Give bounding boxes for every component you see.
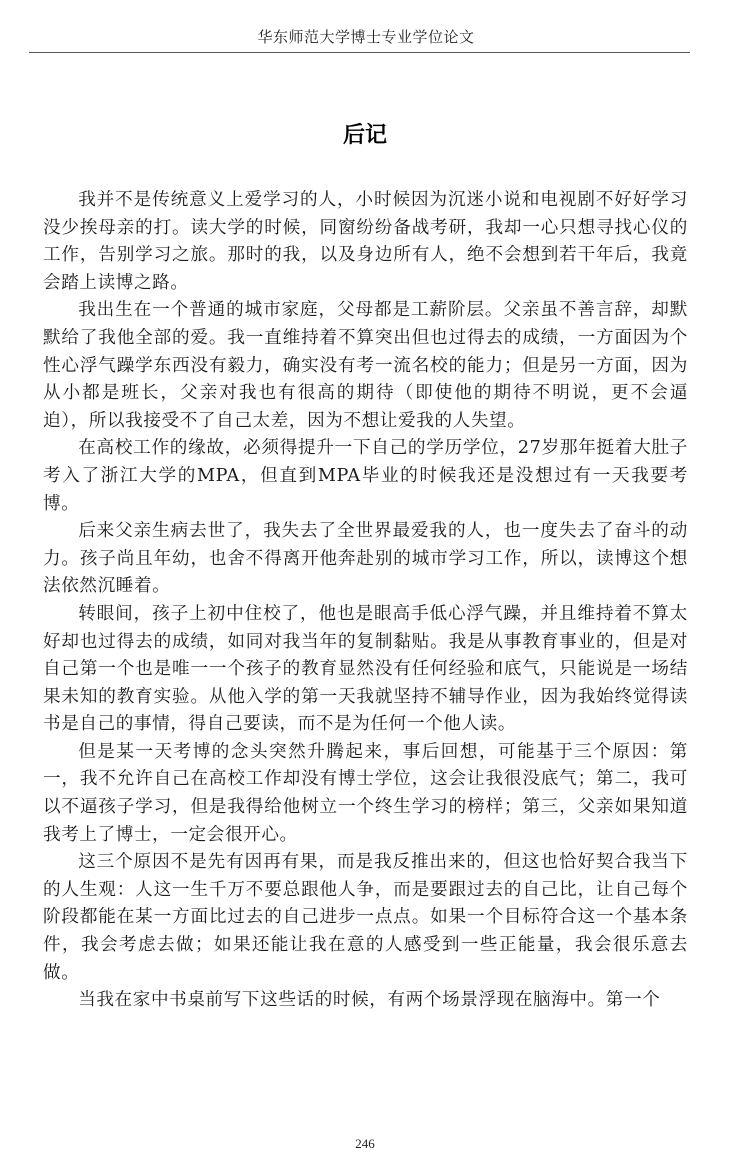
- paragraph: 我并不是传统意义上爱学习的人，小时候因为沉迷小说和电视剧不好好学习没少挨母亲的打…: [43, 187, 688, 297]
- paragraph: 但是某一天考博的念头突然升腾起来，事后回想，可能基于三个原因：第一，我不允许自己…: [43, 739, 688, 849]
- paragraph: 转眼间，孩子上初中住校了，他也是眼高手低心浮气躁，并且维持着不算太好却也过得去的…: [43, 601, 688, 739]
- running-header-title: 华东师范大学博士专业学位论文: [136, 26, 596, 47]
- header-rule: [29, 52, 690, 53]
- body-text: 我并不是传统意义上爱学习的人，小时候因为沉迷小说和电视剧不好好学习没少挨母亲的打…: [43, 187, 688, 1015]
- page-number: 246: [0, 1136, 730, 1152]
- paragraph: 当我在家中书桌前写下这些话的时候，有两个场景浮现在脑海中。第一个: [43, 987, 688, 1015]
- paragraph: 在高校工作的缘故，必须得提升一下自己的学历学位，27岁那年挺着大肚子考入了浙江大…: [43, 435, 688, 518]
- paragraph: 这三个原因不是先有因再有果，而是我反推出来的，但这也恰好契合我当下的人生观：人这…: [43, 849, 688, 987]
- paragraph: 我出生在一个普通的城市家庭，父母都是工薪阶层。父亲虽不善言辞，却默默给了我他全部…: [43, 297, 688, 435]
- paragraph: 后来父亲生病去世了，我失去了全世界最爱我的人，也一度失去了奋斗的动力。孩子尚且年…: [43, 518, 688, 601]
- section-title: 后记: [0, 118, 730, 149]
